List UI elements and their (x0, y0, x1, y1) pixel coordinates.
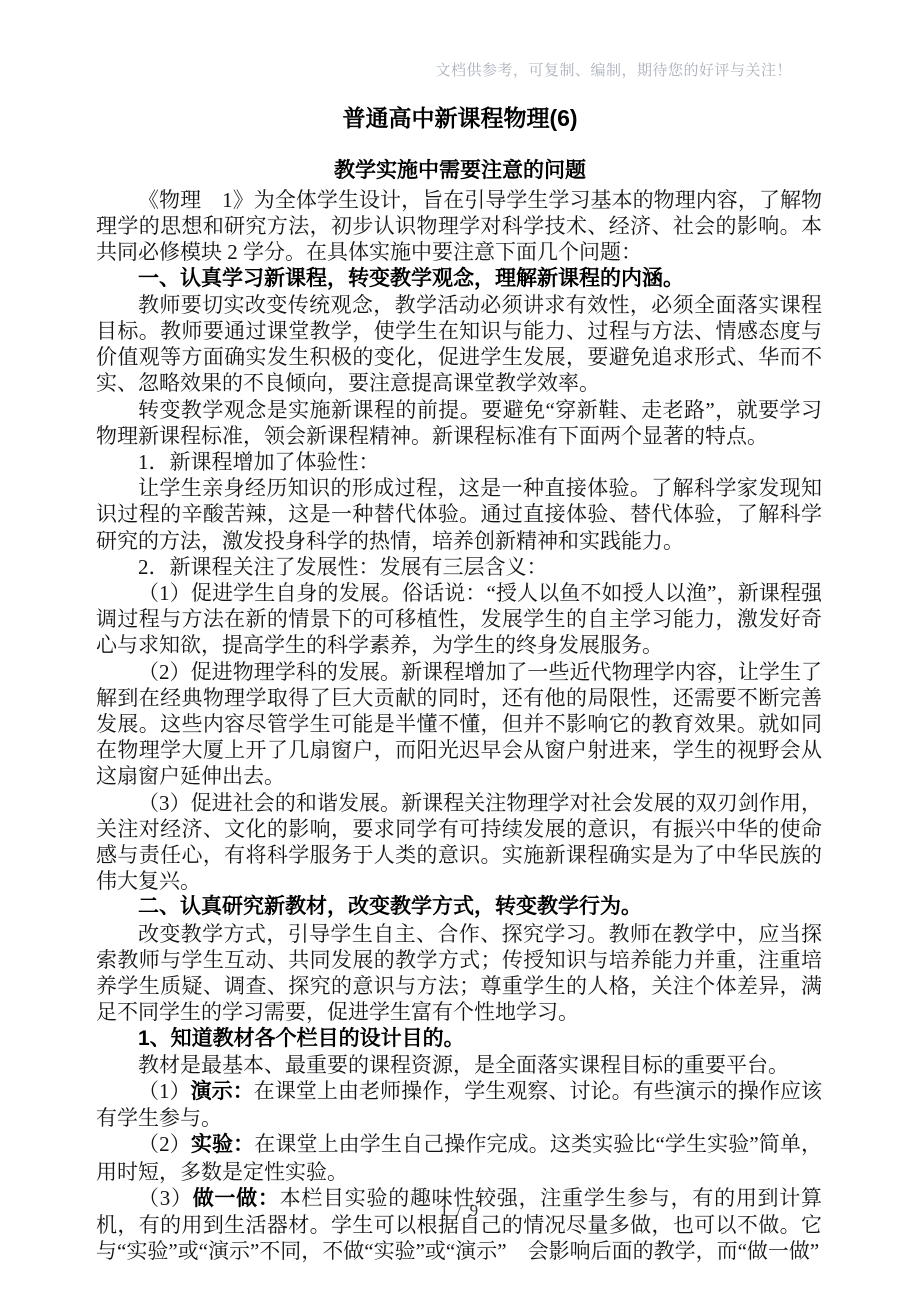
paragraph: （2）促进物理学科的发展。新课程增加了一些近代物理学内容，让学生了解到在经典物理… (96, 659, 822, 790)
document-page: 文档供参考，可复制、编制，期待您的好评与关注！ 普通高中新课程物理(6) 教学实… (0, 0, 920, 1302)
paragraph: 让学生亲身经历知识的形成过程，这是一种直接体验。了解科学家发现知识过程的辛酸苦辣… (96, 475, 822, 554)
paragraph: 改变教学方式，引导学生自主、合作、探究学习。教师在教学中，应当探索教师与学生互动… (96, 921, 822, 1026)
bold-term: 演示： (191, 1080, 254, 1103)
paragraph: 《物理 1》为全体学生设计，旨在引导学生学习基本的物理内容，了解物理学的思想和研… (96, 187, 822, 266)
page-footer: 1 / 9 (0, 1200, 920, 1222)
paragraph: 教师要切实改变传统观念，教学活动必须讲求有效性，必须全面落实课程目标。教师要通过… (96, 292, 822, 397)
bold-term: 实验： (191, 1133, 254, 1156)
section-heading: 1、知道教材各个栏目的设计目的。 (96, 1026, 822, 1052)
paragraph: 教材是最基本、最重要的课程资源，是全面落实课程目标的重要平台。 (96, 1052, 822, 1078)
paragraph: （1）演示：在课堂上由老师操作，学生观察、讨论。有些演示的操作应该有学生参与。 (96, 1078, 822, 1131)
header-note: 文档供参考，可复制、编制，期待您的好评与关注！ (0, 0, 920, 80)
page-number: 1 / 9 (440, 1201, 480, 1220)
paragraph: （3）做一做：本栏目实验的趣味性较强，注重学生参与，有的用到计算机，有的用到生活… (96, 1185, 822, 1265)
paragraph: 转变教学观念是实施新课程的前提。要避免“穿新鞋、走老路”，就要学习物理新课程标准… (96, 397, 822, 449)
section-heading: 二、认真研究新教材，改变教学方式，转变教学行为。 (96, 894, 822, 920)
paragraph: （1）促进学生自身的发展。俗话说：“授人以鱼不如授人以渔”，新课程强调过程与方法… (96, 580, 822, 659)
text-run: （2） (138, 1132, 191, 1156)
paragraph: 1．新课程增加了体验性： (96, 449, 822, 475)
paragraph: 2．新课程关注了发展性：发展有三层含义： (96, 554, 822, 580)
section-heading: 一、认真学习新课程，转变教学观念，理解新课程的内涵。 (96, 266, 822, 292)
paragraph: （2）实验：在课堂上由学生自己操作完成。这类实验比“学生实验”简单，用时短，多数… (96, 1131, 822, 1184)
paragraph: （3）促进社会的和谐发展。新课程关注物理学对社会发展的双刃剑作用，关注对经济、文… (96, 790, 822, 895)
document-title: 普通高中新课程物理(6) (0, 103, 920, 133)
text-run: （1） (138, 1079, 191, 1103)
document-subtitle: 教学实施中需要注意的问题 (0, 157, 920, 185)
document-body: 《物理 1》为全体学生设计，旨在引导学生学习基本的物理内容，了解物理学的思想和研… (96, 187, 822, 1264)
